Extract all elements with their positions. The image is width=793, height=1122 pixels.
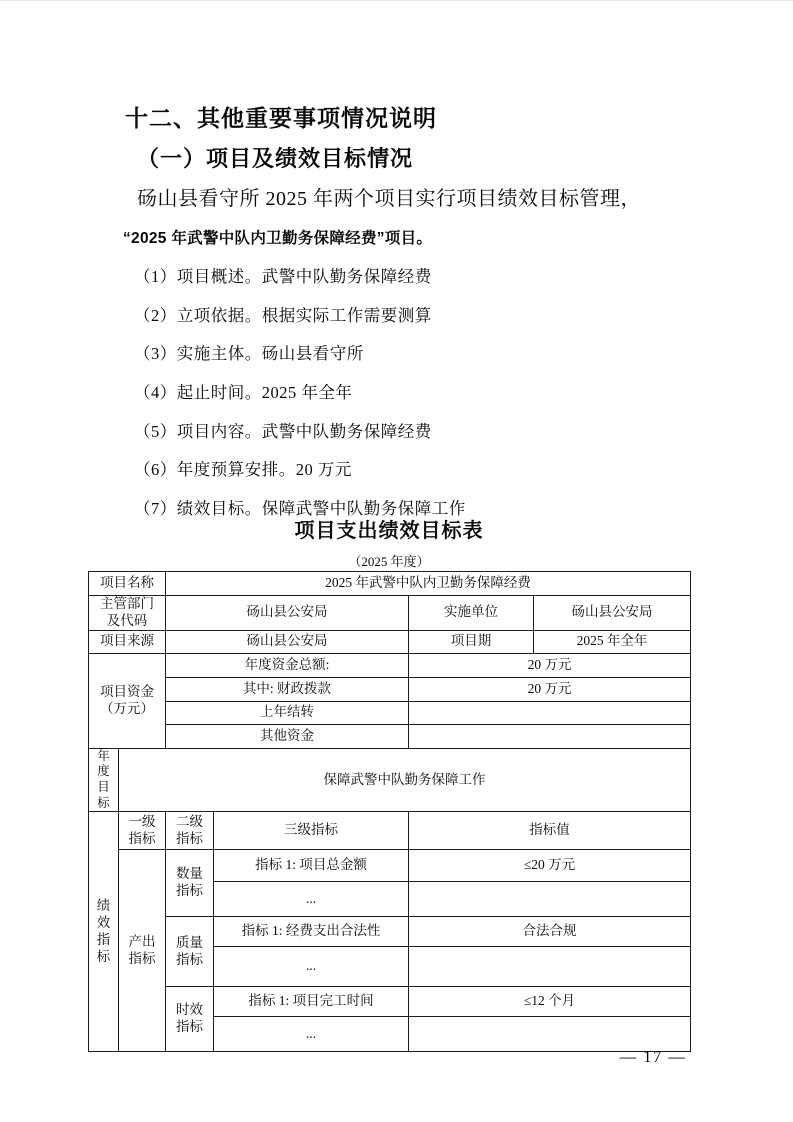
output-group-cell: 产出 指标 bbox=[119, 850, 166, 1052]
period-value-cell: 2025 年全年 bbox=[534, 630, 691, 653]
project-name-value-cell: 2025 年武警中队内卫勤务保障经费 bbox=[166, 572, 691, 596]
fund-row-label-cell: 其中: 财政拨款 bbox=[166, 677, 409, 701]
impl-unit-value-cell: 砀山县公安局 bbox=[534, 596, 691, 631]
list-item: （4）起止时间。2025 年全年 bbox=[134, 372, 466, 411]
project-name-label-cell: 项目名称 bbox=[89, 572, 166, 596]
list-item: （2）立项依据。根据实际工作需要测算 bbox=[134, 295, 466, 334]
indicator-cell: 指标 1: 项目完工时间 bbox=[214, 987, 409, 1017]
indicator-cell: 指标 1: 项目总金额 bbox=[214, 850, 409, 882]
impl-unit-label-cell: 实施单位 bbox=[409, 596, 534, 631]
fund-row-value-cell bbox=[409, 724, 691, 748]
document-page: 十二、其他重要事项情况说明 （一）项目及绩效目标情况 砀山县看守所 2025 年… bbox=[0, 0, 793, 1122]
fund-row-value-cell bbox=[409, 701, 691, 724]
project-detail-list: （1）项目概述。武警中队勤务保障经费 （2）立项依据。根据实际工作需要测算 （3… bbox=[134, 256, 466, 526]
list-item: （6）年度预算安排。20 万元 bbox=[134, 449, 466, 488]
dept-label-cell: 主管部门 及代码 bbox=[89, 596, 166, 631]
source-label-cell: 项目来源 bbox=[89, 630, 166, 653]
performance-label-cell: 绩 效 指 标 bbox=[89, 812, 119, 1052]
section-heading: 十二、其他重要事项情况说明 bbox=[125, 100, 437, 133]
fund-row-label-cell: 年度资金总额: bbox=[166, 653, 409, 677]
list-item: （3）实施主体。砀山县看守所 bbox=[134, 333, 466, 372]
group-name-cell: 时效 指标 bbox=[166, 987, 214, 1052]
level1-header-cell: 一级 指标 bbox=[119, 812, 166, 850]
indicator-cell: ... bbox=[214, 947, 409, 987]
intro-paragraph: 砀山县看守所 2025 年两个项目实行项目绩效目标管理， bbox=[137, 182, 641, 211]
indicator-value-cell: ≤12 个月 bbox=[409, 987, 691, 1017]
table-title: 项目支出绩效目标表 bbox=[88, 514, 690, 543]
indicator-value-cell: 合法合规 bbox=[409, 917, 691, 947]
indicator-cell: 指标 1: 经费支出合法性 bbox=[214, 917, 409, 947]
indicator-cell: ... bbox=[214, 882, 409, 917]
fund-row-label-cell: 其他资金 bbox=[166, 724, 409, 748]
level2-header-cell: 二级 指标 bbox=[166, 812, 214, 850]
value-header-cell: 指标值 bbox=[409, 812, 691, 850]
group-name-cell: 数量 指标 bbox=[166, 850, 214, 917]
dept-value-cell: 砀山县公安局 bbox=[166, 596, 409, 631]
fund-row-value-cell: 20 万元 bbox=[409, 653, 691, 677]
indicator-cell: ... bbox=[214, 1017, 409, 1052]
level3-header-cell: 三级指标 bbox=[214, 812, 409, 850]
annual-goal-value-cell: 保障武警中队勤务保障工作 bbox=[119, 748, 691, 812]
performance-target-table: 项目名称 2025 年武警中队内卫勤务保障经费 主管部门 及代码 砀山县公安局 … bbox=[88, 571, 691, 1052]
period-label-cell: 项目期 bbox=[409, 630, 534, 653]
fund-row-value-cell: 20 万元 bbox=[409, 677, 691, 701]
indicator-value-cell bbox=[409, 947, 691, 987]
subsection-heading: （一）项目及绩效目标情况 bbox=[137, 142, 413, 173]
list-item: （5）项目内容。武警中队勤务保障经费 bbox=[134, 410, 466, 449]
funds-label-cell: 项目资金 （万元） bbox=[89, 653, 166, 748]
list-item: （1）项目概述。武警中队勤务保障经费 bbox=[134, 256, 466, 295]
group-name-cell: 质量 指标 bbox=[166, 917, 214, 987]
project-heading: “2025 年武警中队内卫勤务保障经费”项目。 bbox=[123, 226, 432, 248]
indicator-value-cell: ≤20 万元 bbox=[409, 850, 691, 882]
table-subtitle: （2025 年度） bbox=[88, 551, 690, 570]
fund-row-label-cell: 上年结转 bbox=[166, 701, 409, 724]
source-value-cell: 砀山县公安局 bbox=[166, 630, 409, 653]
page-number: — 17 — bbox=[610, 1047, 696, 1067]
annual-goal-label-cell: 年 度 目 标 bbox=[89, 748, 119, 812]
indicator-value-cell bbox=[409, 882, 691, 917]
